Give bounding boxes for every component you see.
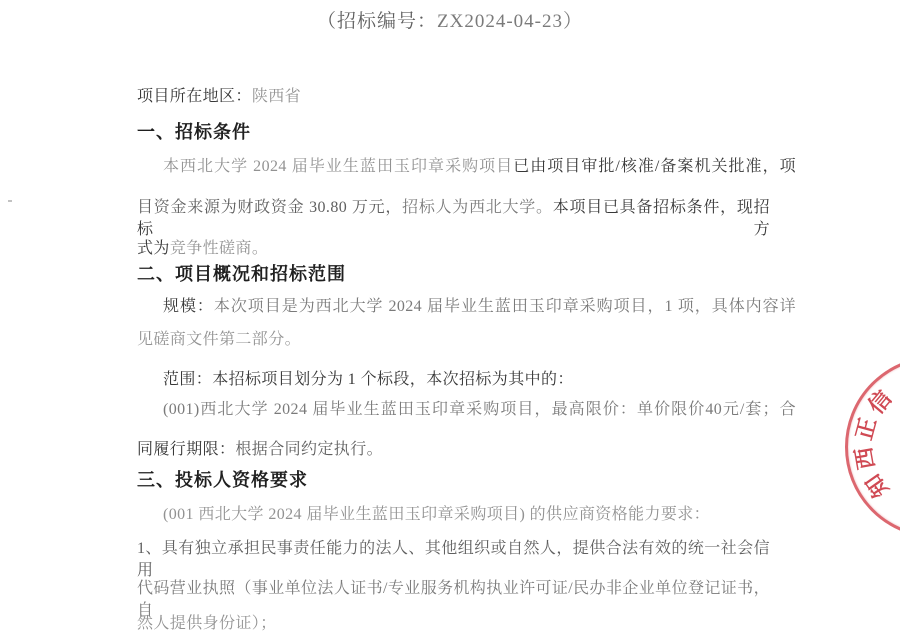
section1-line3-light-run: 竞争性磋商。 <box>170 240 268 257</box>
section3-item1-line3: 然人提供身份证）； <box>137 613 770 635</box>
scanned-tender-document: （招标编号：ZX2024-04-23） 项目所在地区：陕西省 一、招标条件 本西… <box>0 0 900 635</box>
section1-line2-run1: 目资金来源为财政资金 30.80 万元， <box>137 199 402 216</box>
section1-paragraph-line1: 本西北大学 2024 届毕业生蓝田玉印章采购项目已由项目审批/核准/备案机关批准… <box>137 156 796 178</box>
tender-code-prefix: （招标编号： <box>317 11 437 32</box>
scan-artifact-dot <box>8 200 12 202</box>
section2-lot-line: (001)西北大学 2024 届毕业生蓝田玉印章采购项目，最高限价：单价限价40… <box>137 399 796 421</box>
tender-code-line: （招标编号：ZX2024-04-23） <box>0 6 900 33</box>
section2-heading: 二、项目概况和招标范围 <box>137 260 346 286</box>
tender-code-value: ZX2024-04-23） <box>437 11 583 32</box>
section2-scope-line: 范围：本招标项目划分为 1 个标段，本次招标为其中的： <box>137 369 796 391</box>
scale-label: 规模： <box>163 298 214 315</box>
section1-line1-light-run: 本西北大学 2024 届毕业生蓝田玉印章采购项目 <box>163 158 513 175</box>
project-location-value: 陕西省 <box>252 88 301 105</box>
project-location-line: 项目所在地区：陕西省 <box>137 86 770 108</box>
lot-term-label: 同履行期限： <box>137 441 235 458</box>
lot-term-text: 根据合同约定执行。 <box>235 441 383 458</box>
section2-scale-line: 规模：本次项目是为西北大学 2024 届毕业生蓝田玉印章采购项目，1 项，具体内… <box>137 296 796 318</box>
section2-lot-continuation: 同履行期限：根据合同约定执行。 <box>137 439 770 461</box>
section1-heading: 一、招标条件 <box>137 118 251 144</box>
section1-paragraph-line2: 目资金来源为财政资金 30.80 万元，招标人为西北大学。本项目已具备招标条件，… <box>137 197 770 241</box>
section1-line3-dark-run: 式为 <box>137 240 170 257</box>
project-location-label: 项目所在地区： <box>137 88 252 105</box>
section1-line1-dark-run: 已由项目审批/核准/备案机关批准，项 <box>513 158 796 175</box>
scale-text: 本次项目是为西北大学 2024 届毕业生蓝田玉印章采购项目，1 项，具体内容详 <box>214 298 796 315</box>
section1-line2-run2: 招标人为西北大学。 <box>402 199 553 216</box>
section1-paragraph-line3: 式为竞争性磋商。 <box>137 238 770 260</box>
section3-intro-line: (001 西北大学 2024 届毕业生蓝田玉印章采购项目) 的供应商资格能力要求… <box>137 504 796 526</box>
section3-item1-line1: 1、具有独立承担民事责任能力的法人、其他组织或自然人，提供合法有效的统一社会信用 <box>137 538 770 582</box>
section2-scale-continuation: 见磋商文件第二部分。 <box>137 329 770 351</box>
section3-heading: 三、投标人资格要求 <box>137 466 308 492</box>
